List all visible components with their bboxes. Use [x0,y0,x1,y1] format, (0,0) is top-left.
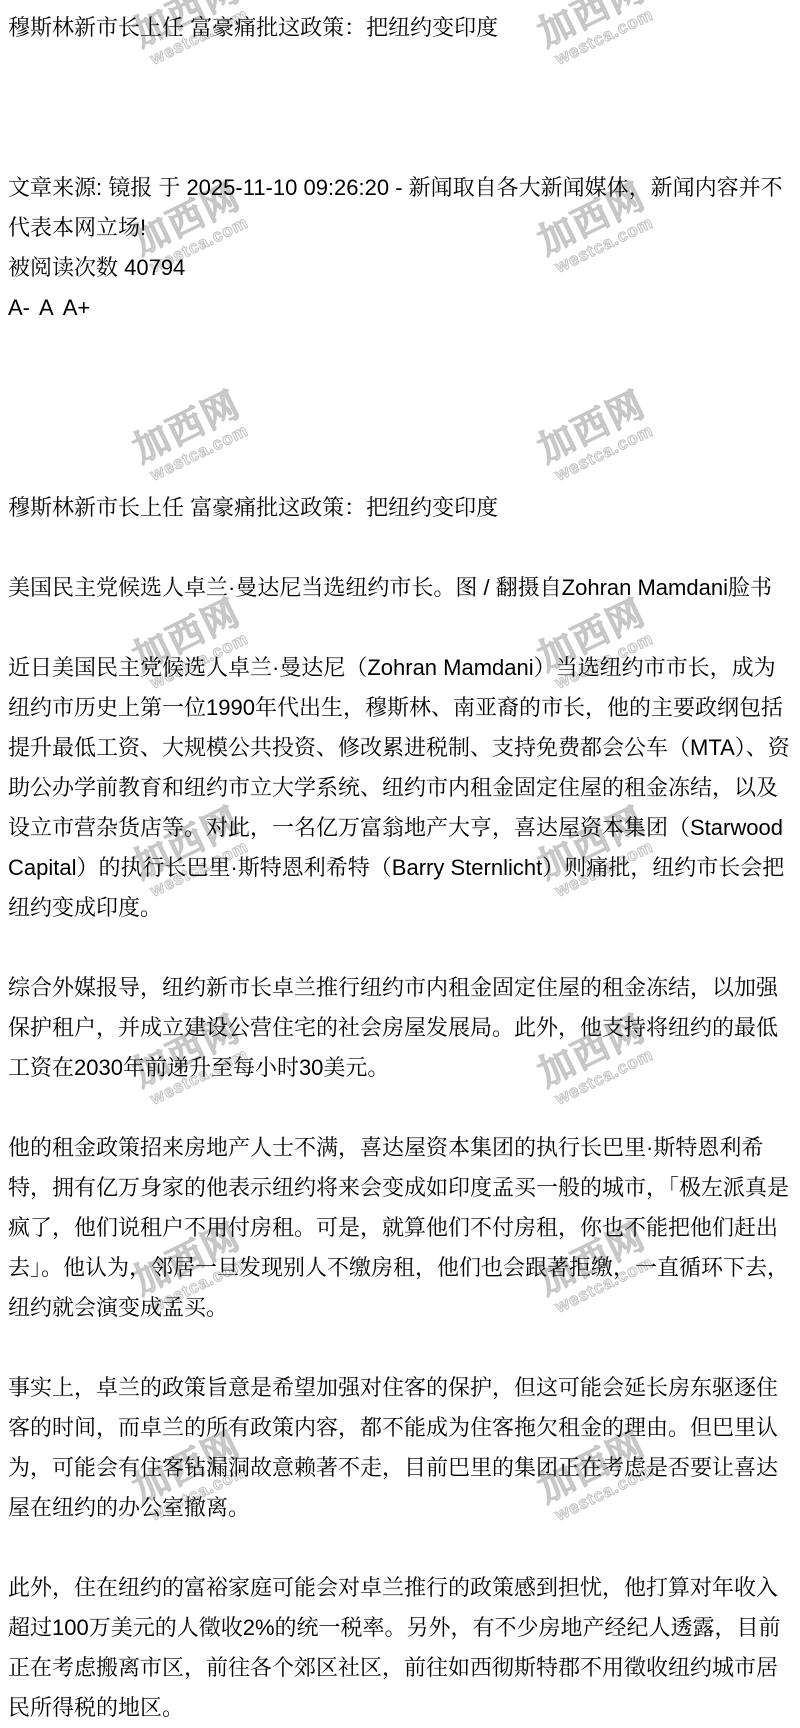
read-count: 被阅读次数 40794 [8,248,792,288]
source-line: 文章来源: 镜报 于 2025-11-10 09:26:20 - 新闻取自各大新… [8,168,792,248]
article-page: 穆斯林新市长上任 富豪痛批这政策：把纽约变印度 文章来源: 镜报 于 2025-… [0,0,800,1728]
article-title: 穆斯林新市长上任 富豪痛批这政策：把纽约变印度 [8,488,792,528]
article-paragraph: 近日美国民主党候选人卓兰·曼达尼（Zohran Mamdani）当选纽约市市长，… [8,648,792,928]
article-paragraph: 综合外媒报导，纽约新市长卓兰推行纽约市内租金固定住屋的租金冻结，以加强保护租户，… [8,968,792,1088]
page-title: 穆斯林新市长上任 富豪痛批这政策：把纽约变印度 [8,8,792,48]
font-smaller-button[interactable]: A- [8,295,30,320]
article-paragraph: 此外，住在纽约的富裕家庭可能会对卓兰推行的政策感到担忧，他打算对年收入超过100… [8,1568,792,1728]
article-paragraph: 他的租金政策招来房地产人士不满，喜达屋资本集团的执行长巴里·斯特恩利希特，拥有亿… [8,1128,792,1328]
font-larger-button[interactable]: A+ [63,295,91,320]
font-size-controls: A-AA+ [8,288,792,328]
font-normal-button[interactable]: A [39,295,54,320]
image-caption: 美国民主党候选人卓兰·曼达尼当选纽约市长。图 / 翻摄自Zohran Mamda… [8,568,792,608]
article-paragraph: 事实上，卓兰的政策旨意是希望加强对住客的保护，但这可能会延长房东驱逐住客的时间，… [8,1368,792,1528]
